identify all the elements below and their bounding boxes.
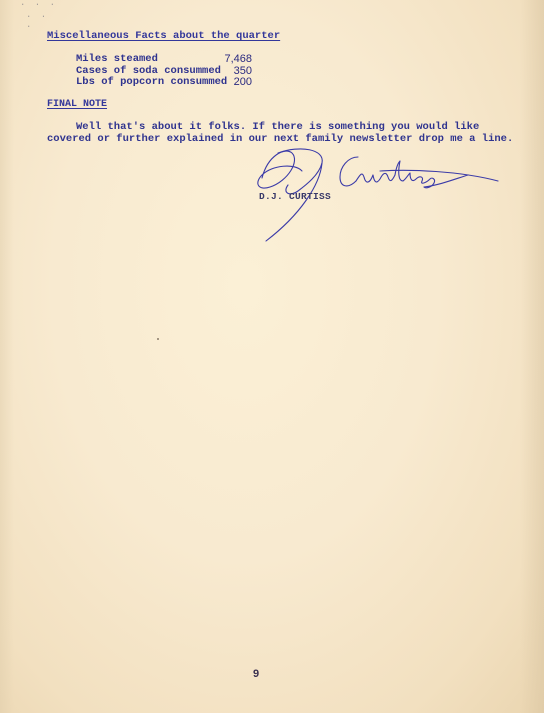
fact-row: Miles steamed 7,468 xyxy=(76,54,252,66)
fact-value: 7,468 xyxy=(224,54,252,66)
typed-signature-name: D.J. CURTISS xyxy=(259,191,331,202)
paper-edge-shadow xyxy=(520,0,544,713)
misc-facts-heading: Miscellaneous Facts about the quarter xyxy=(47,30,280,42)
fact-label: Miles steamed xyxy=(76,54,158,66)
document-page: · · · · · · Miscellaneous Facts about th… xyxy=(0,0,544,713)
facts-list: Miles steamed 7,468 Cases of soda consum… xyxy=(76,54,252,89)
fact-value: 200 xyxy=(234,77,252,89)
fact-row: Lbs of popcorn consummed 200 xyxy=(76,77,252,89)
fact-label: Lbs of popcorn consummed xyxy=(76,77,227,89)
stray-marks: · · · · · · xyxy=(20,0,57,10)
paper-speck xyxy=(157,338,159,340)
paper-edge-shadow xyxy=(0,0,14,713)
page-number: 9 xyxy=(253,668,259,680)
paragraph-line: covered or further explained in our next… xyxy=(47,133,487,145)
final-note-heading: FINAL NOTE xyxy=(47,99,107,110)
final-note-paragraph: Well that's about it folks. If there is … xyxy=(47,121,487,145)
paragraph-line: Well that's about it folks. If there is … xyxy=(47,121,487,133)
